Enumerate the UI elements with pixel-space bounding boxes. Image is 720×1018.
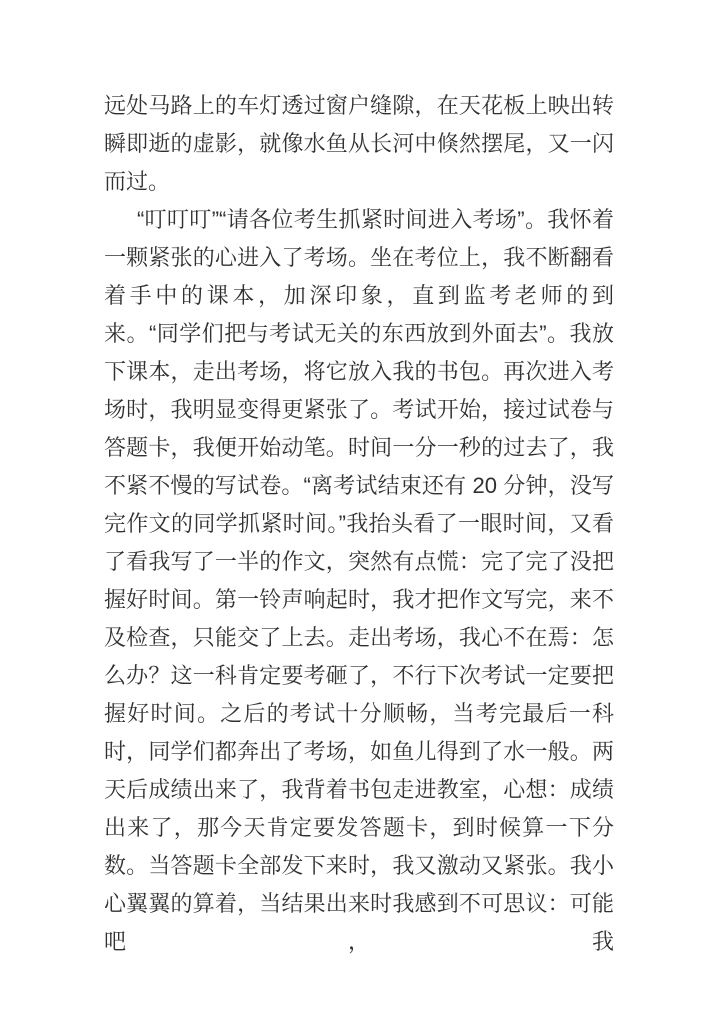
document-text-block: 远处马路上的车灯透过窗户缝隙，在天花板上映出转瞬即逝的虚影，就像水鱼从长河中倏然…: [104, 87, 614, 961]
paragraph-1: 远处马路上的车灯透过窗户缝隙，在天花板上映出转瞬即逝的虚影，就像水鱼从长河中倏然…: [104, 87, 614, 201]
paragraph-2: “叮叮叮”“请各位考生抓紧时间进入考场”。我怀着一颗紧张的心进入了考场。坐在考位…: [104, 201, 614, 961]
document-page: 远处马路上的车灯透过窗户缝隙，在天花板上映出转瞬即逝的虚影，就像水鱼从长河中倏然…: [0, 0, 720, 1018]
